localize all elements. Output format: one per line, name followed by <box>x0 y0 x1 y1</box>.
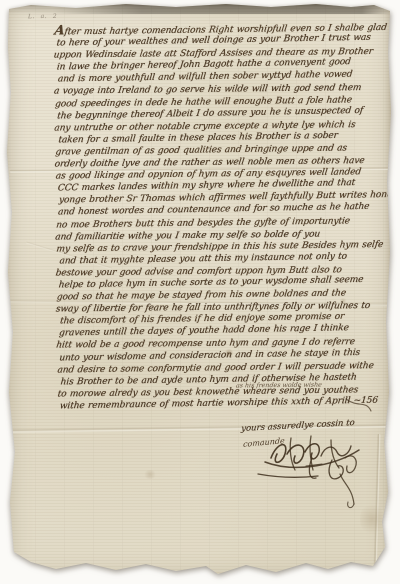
paper-shadow-wrap: L. a. 2 After must hartye comendacions R… <box>0 0 400 584</box>
manuscript-text-block: After must hartye comendacions Right wor… <box>54 23 395 413</box>
top-edge-shadow <box>6 2 393 14</box>
photograph-background: L. a. 2 After must hartye comendacions R… <box>0 0 400 584</box>
paper-stain <box>143 470 157 479</box>
signature-paraph <box>256 454 366 510</box>
fold-crease-vertical <box>373 434 381 576</box>
pencil-shelfmark: L. a. 2 <box>28 13 57 21</box>
interlinear-insertion: as his frendes wolde wishe <box>235 382 322 390</box>
manuscript-paper: L. a. 2 After must hartye comendacions R… <box>6 2 393 580</box>
date-swash-flourish <box>344 396 376 416</box>
